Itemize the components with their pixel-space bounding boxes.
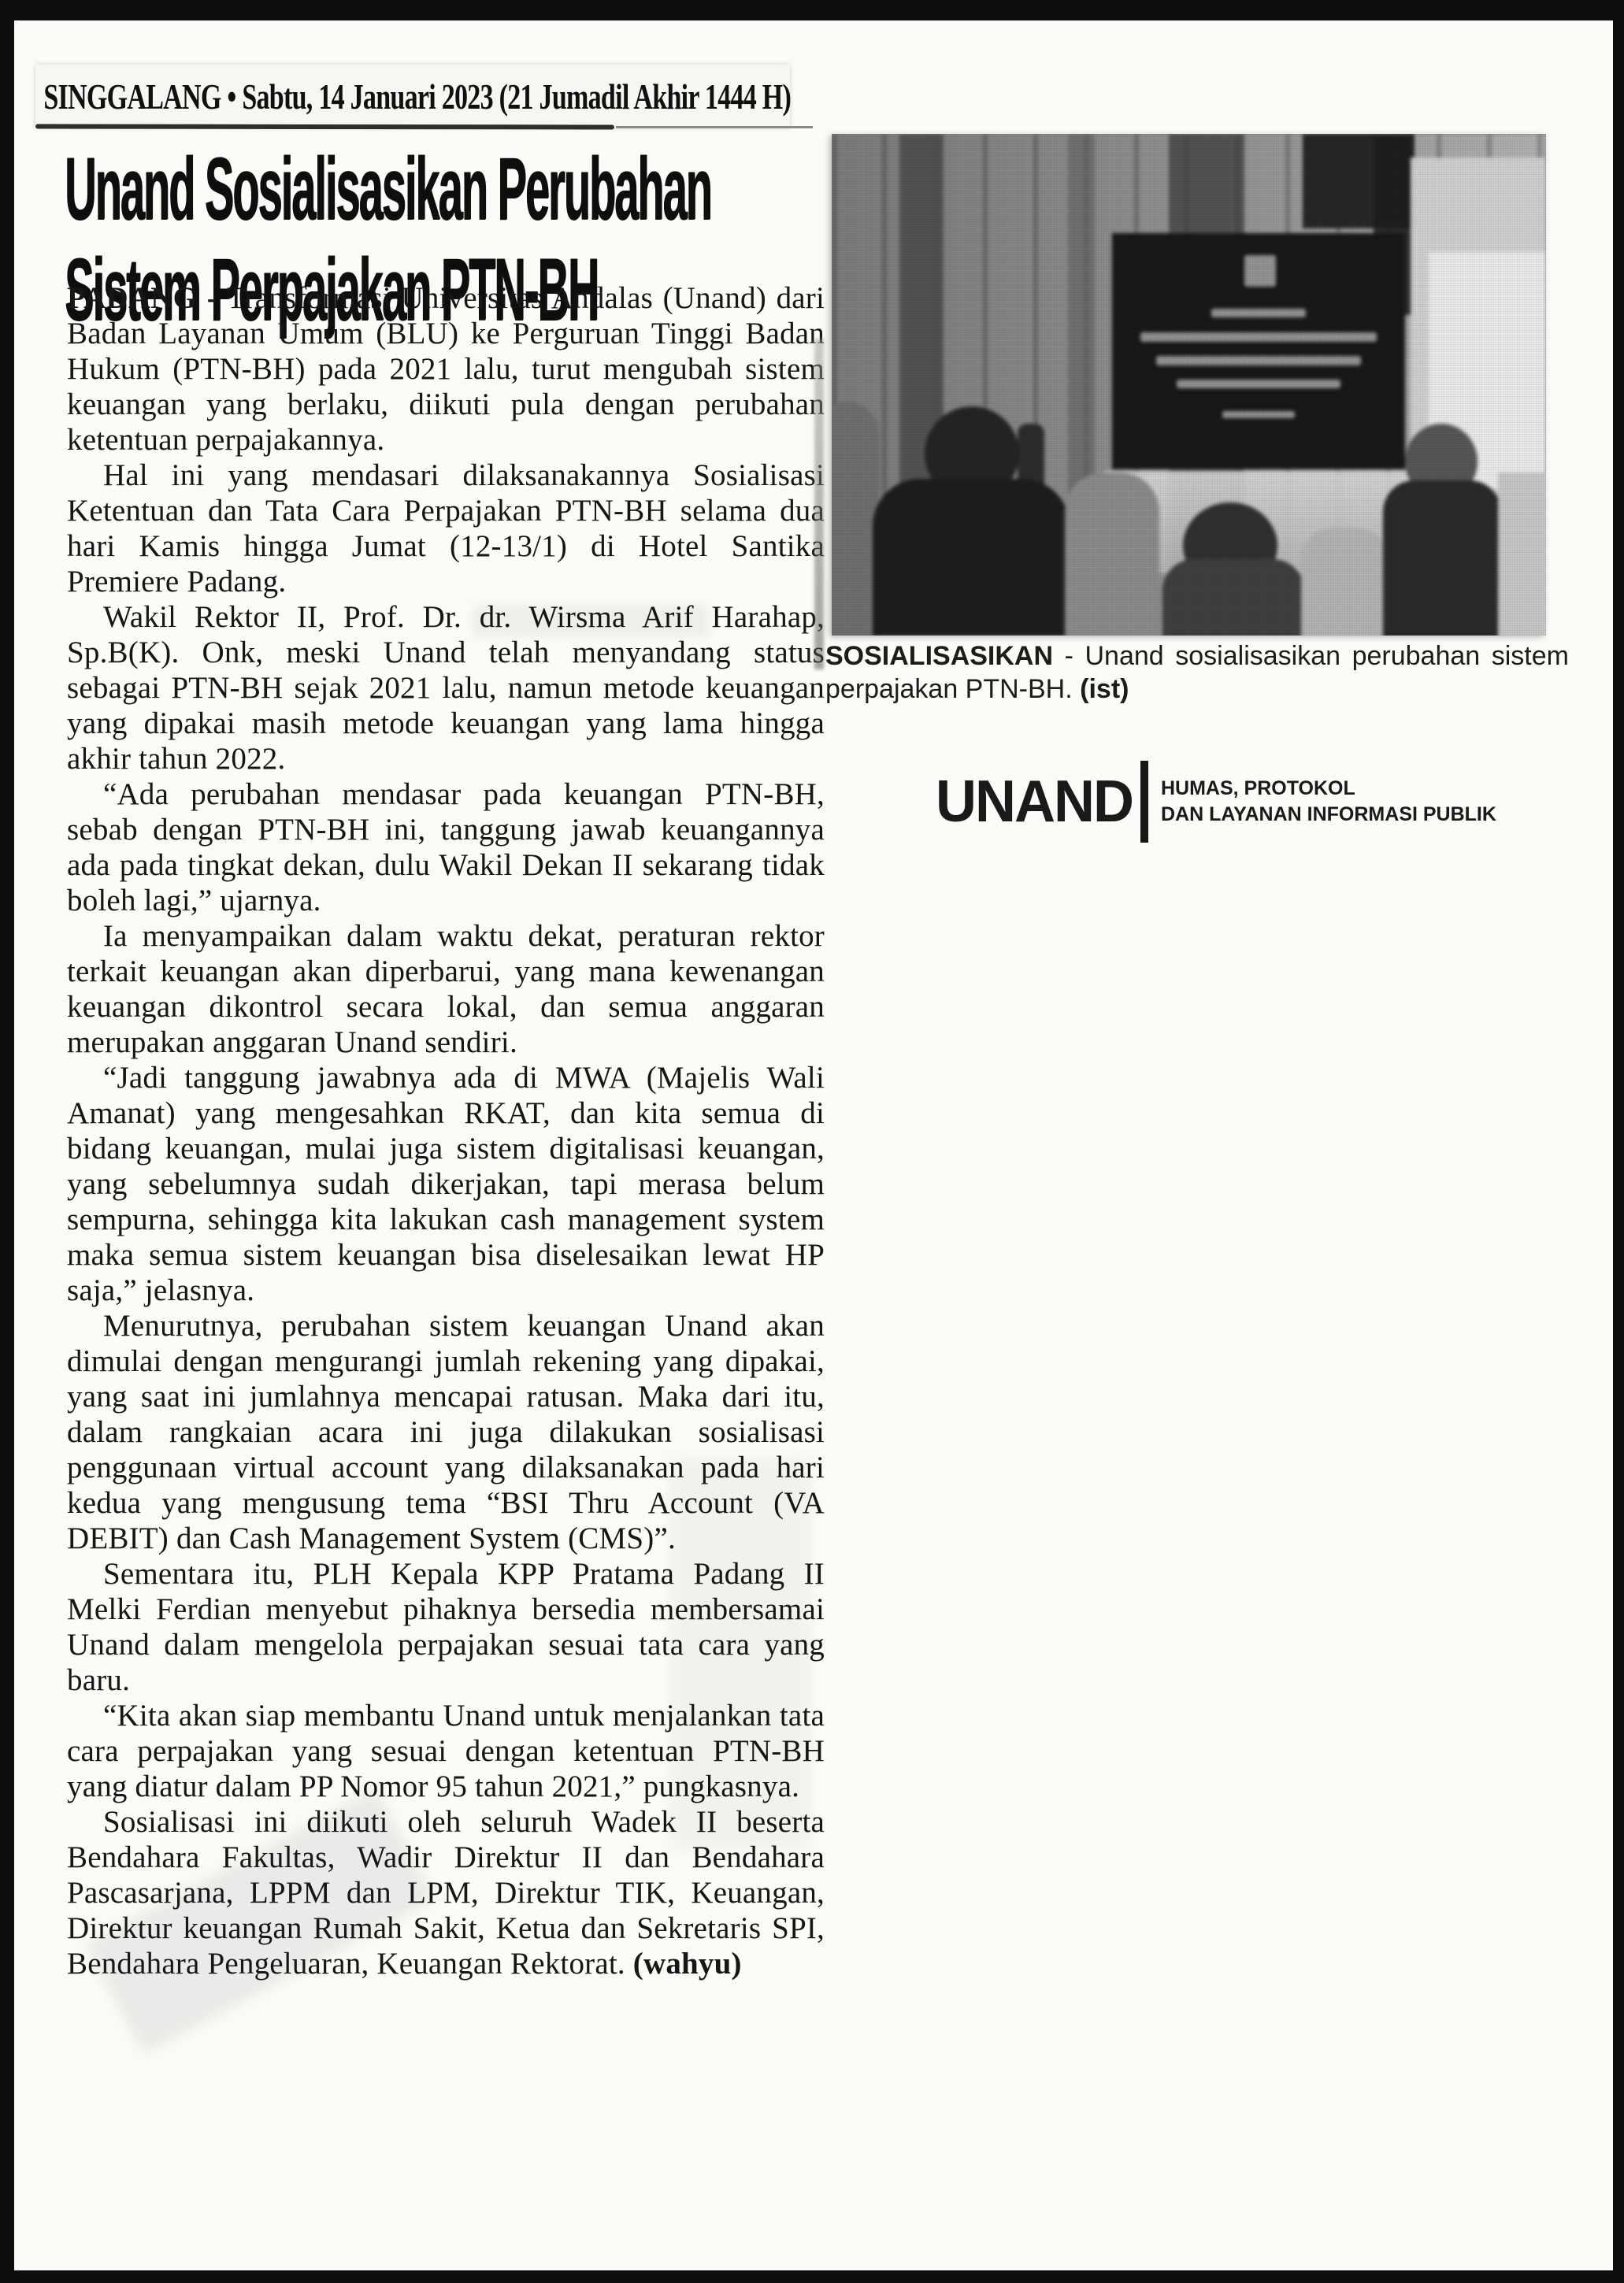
paragraph-lead: PADANG - Transformasi Universitas Andala…	[67, 280, 825, 458]
logo-tagline: HUMAS, PROTOKOL DAN LAYANAN INFORMASI PU…	[1161, 776, 1496, 828]
logo-divider	[1140, 761, 1148, 843]
byline: (wahyu)	[633, 1947, 742, 1981]
halftone-grain	[832, 134, 1546, 636]
masthead: SINGGALANG • Sabtu, 14 Januari 2023 (21 …	[35, 65, 790, 128]
scan-smudge	[669, 1457, 811, 1851]
newspaper-scan-page: SINGGALANG • Sabtu, 14 Januari 2023 (21 …	[0, 0, 1624, 2283]
logo-tagline-2: DAN LAYANAN INFORMASI PUBLIK	[1161, 802, 1496, 828]
paragraph: Wakil Rektor II, Prof. Dr. dr. Wirsma Ar…	[67, 599, 825, 776]
scan-smudge	[473, 605, 709, 638]
masthead-text: SINGGALANG • Sabtu, 14 Januari 2023 (21 …	[35, 76, 791, 117]
event-photo	[832, 134, 1546, 636]
unand-logo: UNAND HUMAS, PROTOKOL DAN LAYANAN INFORM…	[936, 758, 1496, 846]
caption-credit: (ist)	[1080, 674, 1129, 704]
paragraph: “Jadi tanggung jawabnya ada di MWA (Maje…	[67, 1060, 825, 1308]
masthead-name: SINGGALANG	[43, 76, 221, 117]
photo-caption: SOSIALISASIKAN - Unand sosialisasikan pe…	[825, 639, 1569, 706]
headline-line-1: Unand Sosialisasikan Perubahan	[65, 139, 711, 239]
caption-lead: SOSIALISASIKAN	[825, 641, 1053, 671]
paragraph: Ia menyampaikan dalam waktu dekat, perat…	[67, 918, 825, 1060]
logo-name: UNAND	[936, 768, 1133, 836]
logo-tagline-1: HUMAS, PROTOKOL	[1161, 776, 1496, 802]
column-edge-shadow	[814, 339, 824, 669]
paragraph: Hal ini yang mendasari dilaksanakannya S…	[67, 458, 825, 599]
masthead-rule-light	[616, 126, 813, 128]
masthead-date: • Sabtu, 14 Januari 2023 (21 Jumadil Akh…	[221, 76, 792, 117]
dateline: PADANG -	[67, 281, 217, 315]
paragraph: “Ada perubahan mendasar pada keuangan PT…	[67, 776, 825, 918]
masthead-rule	[35, 124, 614, 129]
